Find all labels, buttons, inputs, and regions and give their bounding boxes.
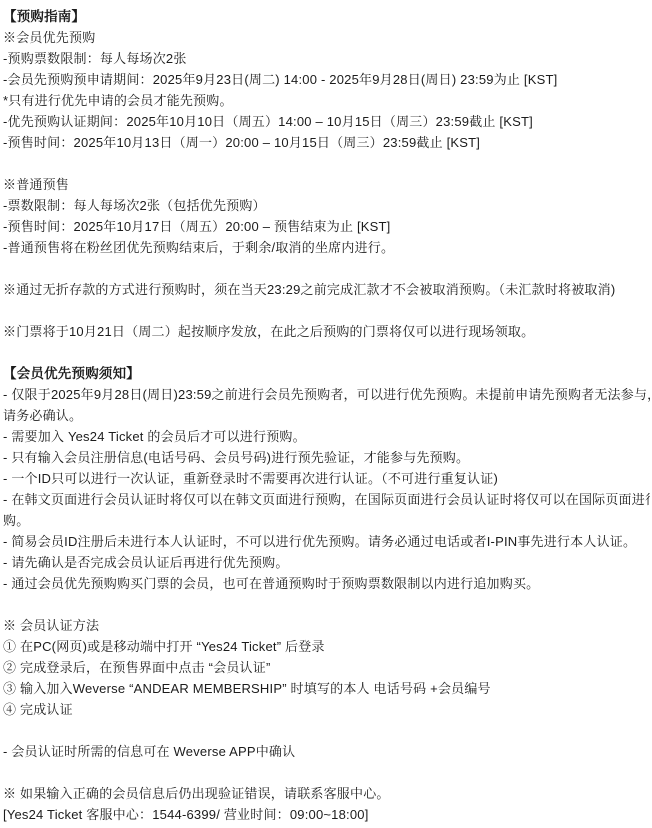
text-line: -会员先预购预申请期间：2025年9月23日(周二) 14:00 - 2025年… xyxy=(3,69,650,90)
blank-line xyxy=(3,153,650,174)
text-line: - 通过会员优先预购购买门票的会员，也可在普通预购时于预购票数限制以内进行追加购… xyxy=(3,573,650,594)
text-line: ④ 完成认证 xyxy=(3,699,650,720)
text-line: - 需要加入 Yes24 Ticket 的会员后才可以进行预购。 xyxy=(3,426,650,447)
blank-line xyxy=(3,762,650,783)
blank-line xyxy=(3,720,650,741)
text-line: - 仅限于2025年9月28日(周日)23:59之前进行会员先预购者，可以进行优… xyxy=(3,384,650,405)
text-line: ① 在PC(网页)或是移动端中打开 “Yes24 Ticket” 后登录 xyxy=(3,636,650,657)
text-line: ③ 输入加入Weverse “ANDEAR MEMBERSHIP” 时填写的本人… xyxy=(3,678,650,699)
blank-line xyxy=(3,300,650,321)
text-line: *只有进行优先申请的会员才能先预购。 xyxy=(3,90,650,111)
text-line: -预售时间：2025年10月13日（周一）20:00 – 10月15日（周三）2… xyxy=(3,132,650,153)
text-line: 购。 xyxy=(3,510,650,531)
text-line: - 会员认证时所需的信息可在 Weverse APP中确认 xyxy=(3,741,650,762)
text-line: - 只有输入会员注册信息(电话号码、会员号码)进行预先验证，才能参与先预购。 xyxy=(3,447,650,468)
text-line: -普通预售将在粉丝团优先预购结束后，于剩余/取消的坐席内进行。 xyxy=(3,237,650,258)
text-line: ※会员优先预购 xyxy=(3,27,650,48)
text-line: -优先预购认证期间：2025年10月10日（周五）14:00 – 10月15日（… xyxy=(3,111,650,132)
text-line: ※普通预售 xyxy=(3,174,650,195)
section-heading: 【预购指南】 xyxy=(3,6,650,27)
text-line: ※ 会员认证方法 xyxy=(3,615,650,636)
text-line: [Yes24 Ticket 客服中心：1544-6399/ 营业时间：09:00… xyxy=(3,804,650,825)
text-line: - 请先确认是否完成会员认证后再进行优先预购。 xyxy=(3,552,650,573)
text-line: ※门票将于10月21日（周二）起按顺序发放，在此之后预购的门票将仅可以进行现场领… xyxy=(3,321,650,342)
text-line: ※ 如果输入正确的会员信息后仍出现验证错误，请联系客服中心。 xyxy=(3,783,650,804)
text-line: - 简易会员ID注册后未进行本人认证时，不可以进行优先预购。请务必通过电话或者I… xyxy=(3,531,650,552)
ticket-presale-notice-document: 【预购指南】※会员优先预购-预购票数限制：每人每场次2张-会员先预购预申请期间：… xyxy=(0,0,652,828)
text-line: -预售时间：2025年10月17日（周五）20:00 – 预售结束为止 [KST… xyxy=(3,216,650,237)
text-line: ② 完成登录后，在预售界面中点击 “会员认证” xyxy=(3,657,650,678)
text-line: -预购票数限制：每人每场次2张 xyxy=(3,48,650,69)
blank-line xyxy=(3,594,650,615)
text-line: 请务必确认。 xyxy=(3,405,650,426)
text-line: - 在韩文页面进行会员认证时将仅可以在韩文页面进行预购，在国际页面进行会员认证时… xyxy=(3,489,650,510)
blank-line xyxy=(3,258,650,279)
text-line: -票数限制：每人每场次2张（包括优先预购） xyxy=(3,195,650,216)
text-line: ※通过无折存款的方式进行预购时，须在当天23:29之前完成汇款才不会被取消预购。… xyxy=(3,279,650,300)
text-line: - 一个ID只可以进行一次认证，重新登录时不需要再次进行认证。（不可进行重复认证… xyxy=(3,468,650,489)
blank-line xyxy=(3,342,650,363)
section-heading: 【会员优先预购须知】 xyxy=(3,363,650,384)
